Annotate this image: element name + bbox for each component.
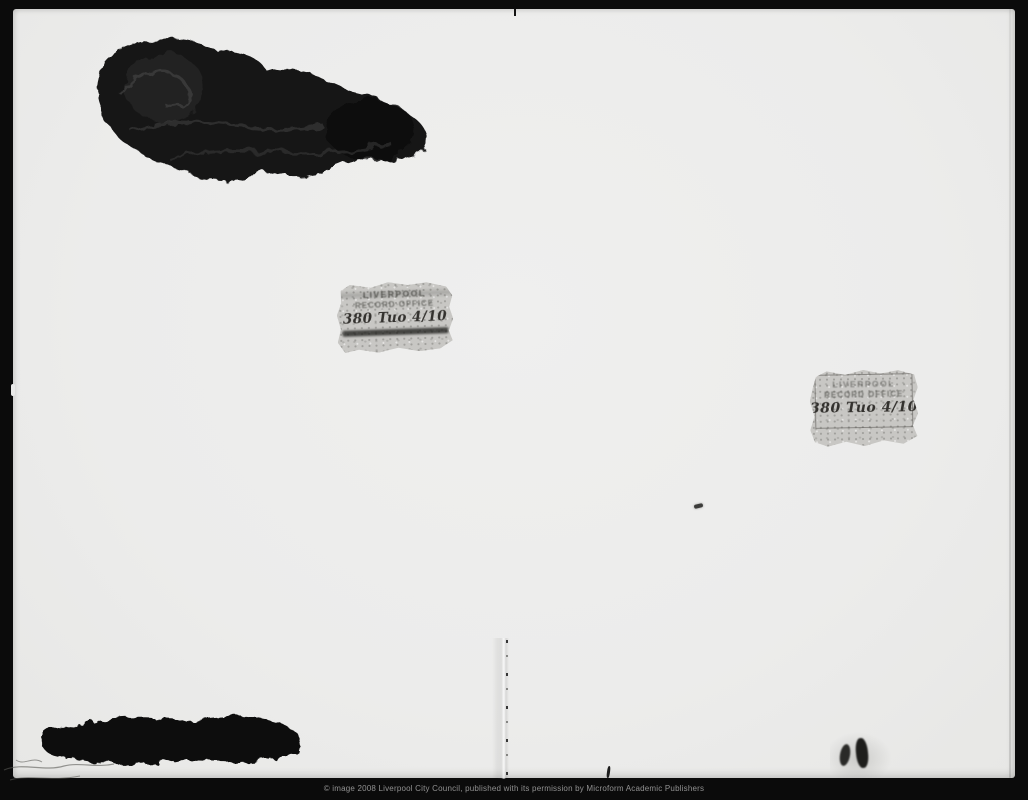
stamp-1-ink-bar [342,327,448,337]
page-edge-shadow [1009,9,1011,778]
ink-smudge-bottom-right [830,732,892,780]
stamp-1-handwritten-reference: 380 Tuo 4/10 [337,308,453,328]
record-office-stamp-2: LIVERPOOL RECORD OFFICE 380 Tuo 4/10 [809,369,918,447]
top-edge-tick-mark [514,9,516,16]
stamp-2-line-1: LIVERPOOL [810,378,918,390]
record-office-stamp-1: LIVERPOOL RECORD OFFICE 380 Tuo 4/10 [336,280,454,354]
ink-blot-top-left-icon [70,28,440,203]
ink-smudge-blob [838,743,852,766]
stamp-2-handwritten-reference: 380 Tuo 4/10 [810,399,918,417]
ink-smudge-blob [854,737,869,768]
fold-crease-ink-specks [506,640,508,779]
copyright-footer: © image 2008 Liverpool City Council, pub… [0,784,1028,796]
scan-canvas: { "colors": { "scan_background": "#0b0b0… [0,0,1028,800]
stamp-2-line-2: RECORD OFFICE [810,389,918,400]
left-edge-paper-notch [11,384,15,396]
